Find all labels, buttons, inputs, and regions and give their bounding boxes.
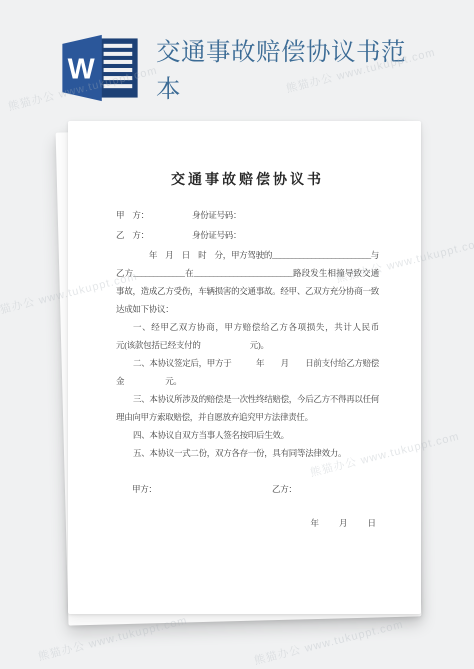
word-icon: W (57, 32, 143, 104)
party-a-label: 甲 方： (116, 206, 192, 224)
agreement-paragraph: 四、本协议自双方当事人签名按印后生效。 (116, 426, 379, 444)
page-title: 交通事故赔偿协议书范本 (156, 34, 412, 108)
agreement-paragraph: 二、本协议签定后，甲方于 年 月 日前支付给乙方赔偿金 元。 (116, 354, 379, 390)
doc-title: 交通事故赔偿协议书 (116, 171, 379, 191)
date-row: 年 月 日 (116, 514, 379, 532)
party-a-row: 甲 方：身份证号码： (116, 206, 379, 224)
agreement-paragraph: 年 月 日 时 分，甲方驾驶的_________________________… (116, 246, 379, 318)
signature-party-a: 甲方： (132, 480, 272, 498)
party-b-id-label: 身份证号码： (192, 230, 241, 240)
template-preview: W 交通事故赔偿协议书范本 交通事故赔偿协议书 甲 方：身份证号码： 乙 方：身… (0, 0, 474, 669)
document-page: 交通事故赔偿协议书 甲 方：身份证号码： 乙 方：身份证号码： 年 月 日 时 … (68, 121, 421, 614)
signature-party-b: 乙方： (272, 484, 297, 494)
agreement-paragraph: 三、本协议所涉及的赔偿是一次性终结赔偿，今后乙方不得再以任何理由向甲方索取赔偿，… (116, 390, 379, 426)
word-icon-letter: W (68, 54, 96, 86)
party-b-row: 乙 方：身份证号码： (116, 226, 379, 244)
party-b-label: 乙 方： (116, 226, 192, 244)
watermark: 熊猫办公 www.tukuppt.com (252, 616, 405, 669)
agreement-body: 年 月 日 时 分，甲方驾驶的_________________________… (116, 246, 379, 462)
agreement-paragraph: 五、本协议一式二份，双方各存一份，具有同等法律效力。 (116, 444, 379, 462)
party-a-id-label: 身份证号码： (192, 210, 241, 220)
agreement-paragraph: 一、经甲乙双方协商，甲方赔偿给乙方各项损失，共计人民币 元(该款包括已经支付的 … (116, 318, 379, 354)
signature-row: 甲方：乙方： (116, 480, 379, 498)
